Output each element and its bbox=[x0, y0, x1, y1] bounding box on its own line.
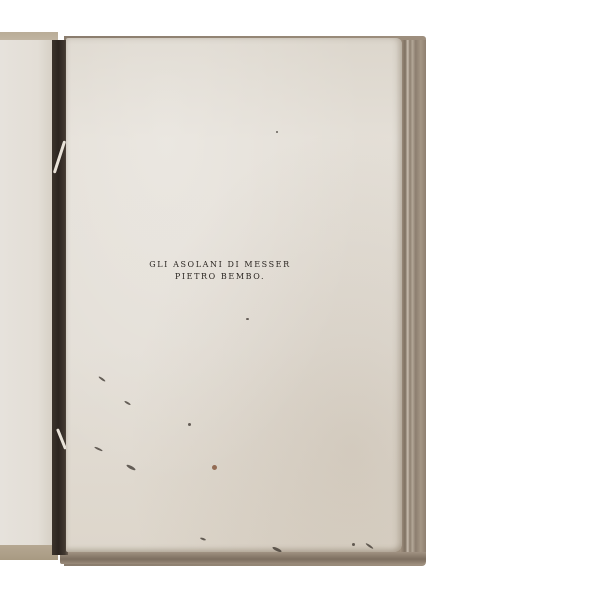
cover-bottom-edge bbox=[60, 552, 426, 564]
foxing-speck bbox=[276, 131, 278, 133]
book-photo: GLI ASOLANI DI MESSER PIETRO BEMBO. bbox=[0, 0, 600, 600]
title-text: GLI ASOLANI DI MESSER PIETRO BEMBO. bbox=[140, 259, 300, 283]
foxing-speck bbox=[246, 318, 249, 320]
foxing-speck bbox=[188, 423, 191, 426]
page-edges bbox=[400, 40, 426, 562]
title-line-1: GLI ASOLANI DI MESSER bbox=[140, 259, 300, 271]
foxing-speck bbox=[352, 543, 355, 546]
foxing-speck bbox=[212, 465, 217, 470]
title-page bbox=[66, 38, 402, 552]
left-blank-leaf bbox=[0, 40, 54, 545]
title-line-2: PIETRO BEMBO. bbox=[140, 271, 300, 283]
